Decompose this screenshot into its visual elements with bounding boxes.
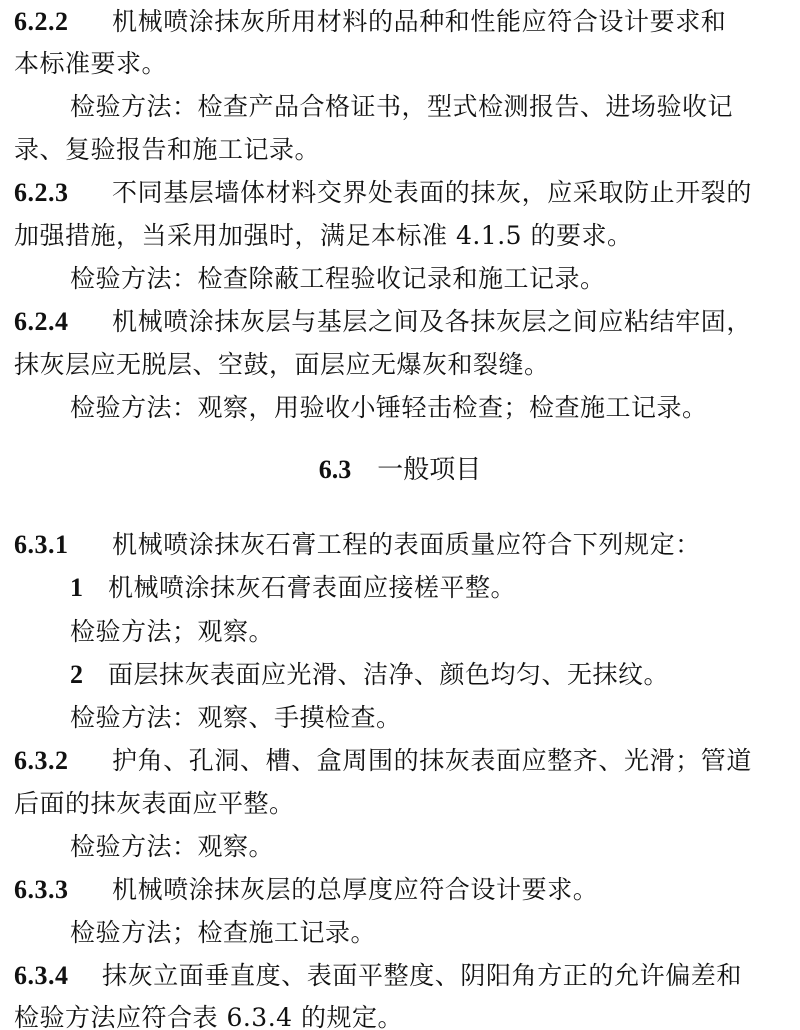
inspection-method: 检验方法：观察、手摸检查。 <box>70 698 790 738</box>
clause-text: 抹灰立面垂直度、表面平整度、阴阳角方正的允许偏差和 <box>102 961 742 990</box>
clause-text-continued: 后面的抹灰表面应平整。 <box>14 784 790 824</box>
clause-text: 机械喷涂抹灰所用材料的品种和性能应符合设计要求和 <box>112 7 726 36</box>
section-heading: 6.3一般项目 <box>0 450 800 490</box>
clause-number: 6.2.4 <box>14 302 112 342</box>
clause-text: 护角、孔洞、槽、盒周围的抹灰表面应整齐、光滑；管道 <box>112 746 752 775</box>
list-item-1: 1机械喷涂抹灰石膏表面应接槎平整。 <box>70 568 790 608</box>
clause-number: 6.3.4 <box>14 956 102 996</box>
section-number: 6.3 <box>319 455 352 484</box>
inspection-method: 检验方法：观察。 <box>70 827 790 867</box>
clause-6-3-3: 6.3.3机械喷涂抹灰层的总厚度应符合设计要求。 <box>14 870 790 910</box>
clause-text-continued: 检验方法应符合表 6.3.4 的规定。 <box>14 998 790 1030</box>
item-text: 面层抹灰表面应光滑、洁净、颜色均匀、无抹纹。 <box>108 660 669 689</box>
clause-text: 不同基层墙体材料交界处表面的抹灰，应采取防止开裂的 <box>112 178 752 207</box>
clause-number: 6.3.3 <box>14 870 112 910</box>
item-number: 2 <box>70 655 108 695</box>
clause-number: 6.3.1 <box>14 525 112 565</box>
clause-6-3-4: 6.3.4抹灰立面垂直度、表面平整度、阴阳角方正的允许偏差和 <box>14 956 790 996</box>
clause-number: 6.2.3 <box>14 173 112 213</box>
clause-number: 6.2.2 <box>14 2 112 42</box>
clause-6-2-2: 6.2.2机械喷涂抹灰所用材料的品种和性能应符合设计要求和 <box>14 2 790 42</box>
clause-6-3-2: 6.3.2护角、孔洞、槽、盒周围的抹灰表面应整齐、光滑；管道 <box>14 741 790 781</box>
clause-6-2-4: 6.2.4机械喷涂抹灰层与基层之间及各抹灰层之间应粘结牢固， <box>14 302 790 342</box>
inspection-method: 检验方法；观察。 <box>70 612 790 652</box>
section-title: 一般项目 <box>377 455 481 485</box>
item-text: 机械喷涂抹灰石膏表面应接槎平整。 <box>108 573 516 602</box>
inspection-method-continued: 录、复验报告和施工记录。 <box>14 130 790 170</box>
clause-text-continued: 加强措施，当采用加强时，满足本标准 4.1.5 的要求。 <box>14 216 790 256</box>
clause-number: 6.3.2 <box>14 741 112 781</box>
clause-text: 机械喷涂抹灰层与基层之间及各抹灰层之间应粘结牢固， <box>112 307 752 336</box>
clause-text-continued: 抹灰层应无脱层、空鼓，面层应无爆灰和裂缝。 <box>14 345 790 385</box>
item-number: 1 <box>70 568 108 608</box>
inspection-method: 检验方法：观察，用验收小锤轻击检查；检查施工记录。 <box>70 388 790 428</box>
list-item-2: 2面层抹灰表面应光滑、洁净、颜色均匀、无抹纹。 <box>70 655 790 695</box>
inspection-method: 检验方法；检查施工记录。 <box>70 913 790 953</box>
clause-text-continued: 本标准要求。 <box>14 44 790 84</box>
clause-text: 机械喷涂抹灰石膏工程的表面质量应符合下列规定： <box>112 530 701 559</box>
clause-6-2-3: 6.2.3不同基层墙体材料交界处表面的抹灰，应采取防止开裂的 <box>14 173 790 213</box>
inspection-method: 检验方法：检查产品合格证书，型式检测报告、进场验收记 <box>70 87 790 127</box>
clause-6-3-1: 6.3.1机械喷涂抹灰石膏工程的表面质量应符合下列规定： <box>14 525 790 565</box>
clause-text: 机械喷涂抹灰层的总厚度应符合设计要求。 <box>112 875 598 904</box>
inspection-method: 检验方法：检查除蔽工程验收记录和施工记录。 <box>70 259 790 299</box>
